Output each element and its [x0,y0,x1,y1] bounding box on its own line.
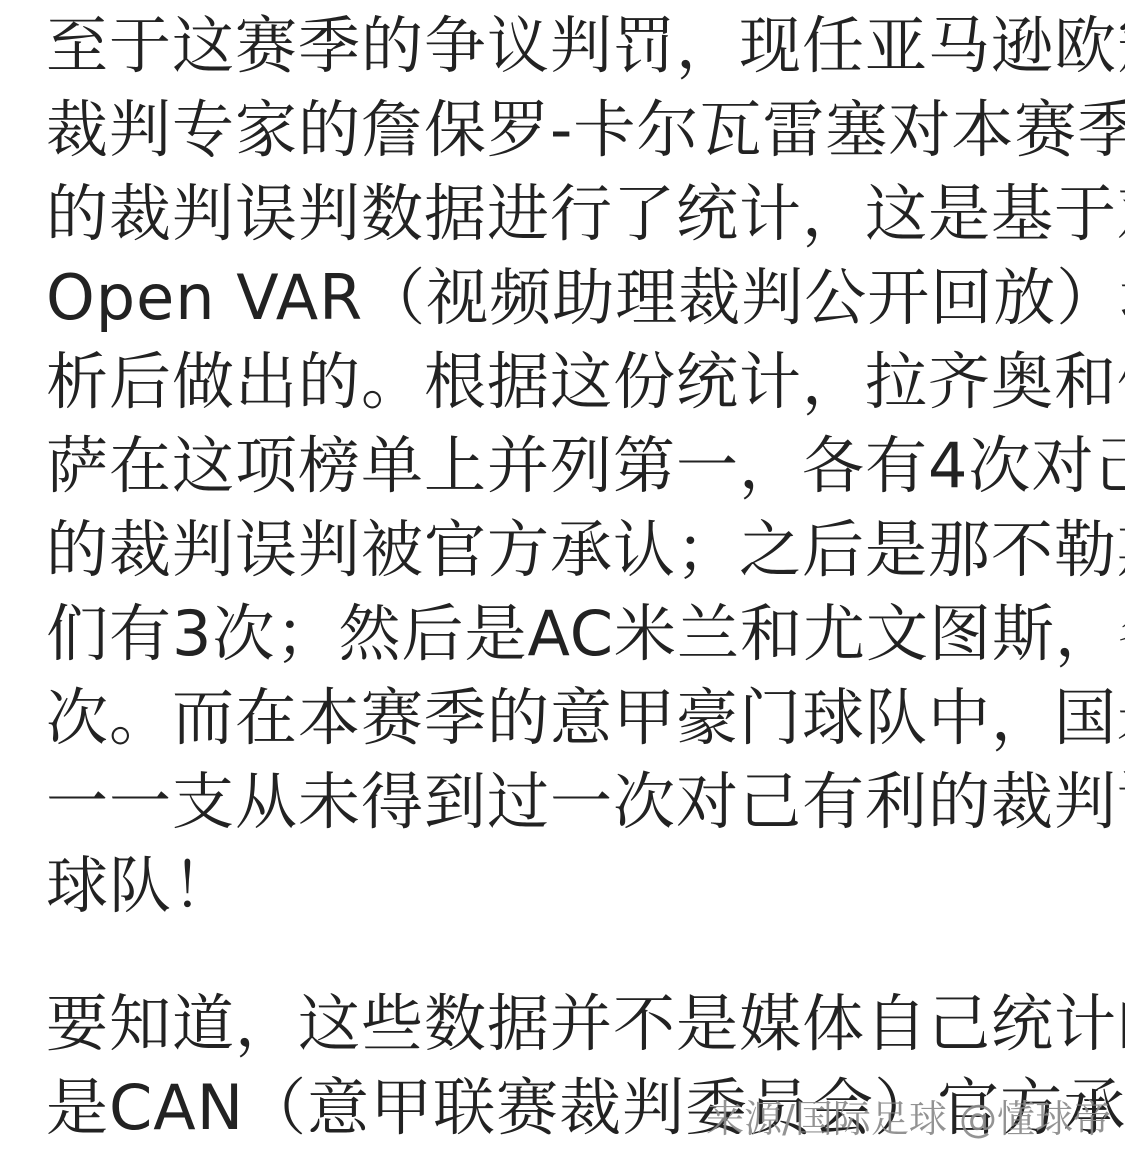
paragraph-1-line-2: 裁判专家的詹保罗-卡尔瓦雷塞对本赛季意甲 [46,88,1125,172]
paragraph-1-line-1: 至于这赛季的争议判罚，现任亚马逊欧冠赛事 [46,4,1125,88]
paragraph-1-line-7: 的裁判误判被官方承认；之后是那不勒斯，他 [46,508,1125,592]
paragraph-1-line-11: 球队！ [46,844,235,928]
paragraph-1-line-3: 的裁判误判数据进行了统计，这是基于对所有 [46,172,1125,256]
paragraph-1-line-4: Open VAR（视频助理裁判公开回放）场次分 [46,256,1125,340]
source-watermark: 来源/国际足球 @懂球帝 [706,1094,1111,1144]
paragraph-1-line-8: 们有3次；然后是AC米兰和尤文图斯，各有2 [46,592,1125,676]
paragraph-1-line-9: 次。而在本赛季的意甲豪门球队中，国米是唯 [46,676,1125,760]
paragraph-2-line-1: 要知道，这些数据并不是媒体自己统计的，而 [46,982,1125,1066]
paragraph-1-line-5: 析后做出的。根据这份统计，拉齐奥和佛罗伦 [46,340,1125,424]
paragraph-1-line-10: 一一支从未得到过一次对己有利的裁判误判的 [46,760,1125,844]
paragraph-1-line-6: 萨在这项榜单上并列第一，各有4次对己有利 [46,424,1125,508]
